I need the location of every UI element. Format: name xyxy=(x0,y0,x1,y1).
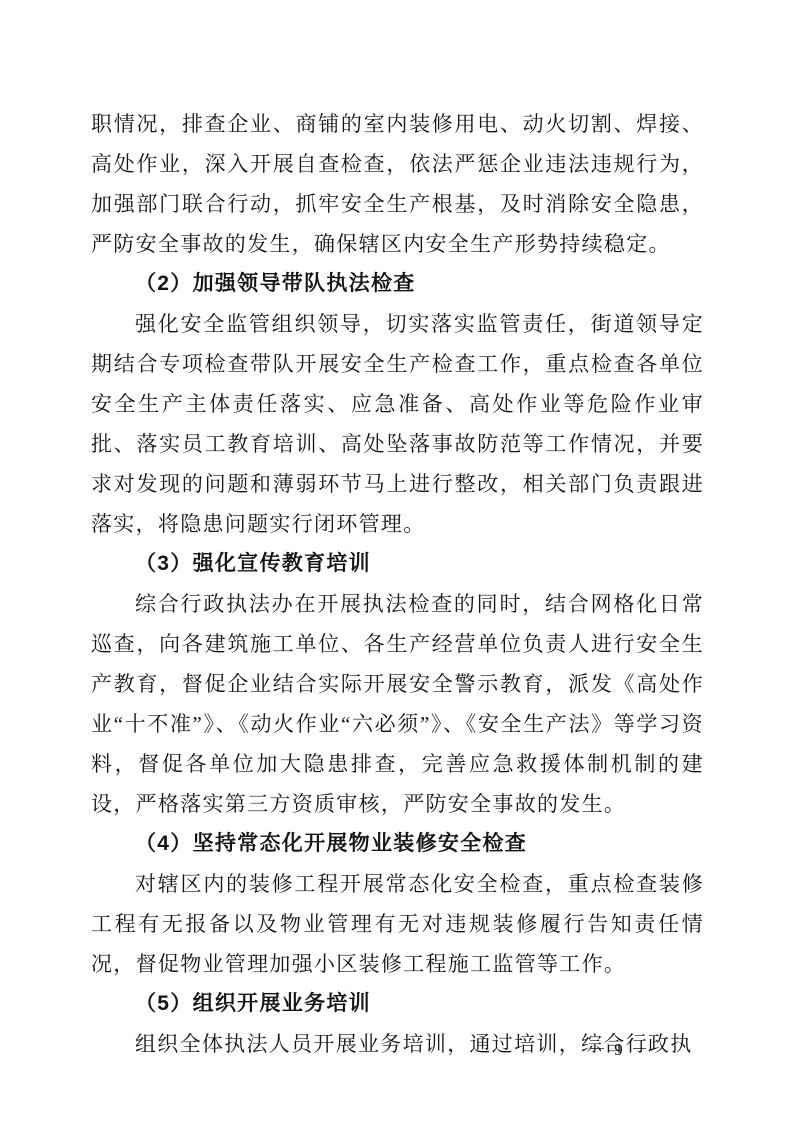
document-content: 职情况，排查企业、商铺的室内装修用电、动火切割、焊接、高处作业，深入开展自查检查… xyxy=(91,104,704,1064)
paragraph-section-3: 综合行政执法办在开展执法检查的同时，结合网格化日常巡查，向各建筑施工单位、各生产… xyxy=(91,584,704,824)
document-page: 职情况，排查企业、商铺的室内装修用电、动火切割、焊接、高处作业，深入开展自查检查… xyxy=(0,0,794,1123)
paragraph-section-2: 强化安全监管组织领导，切实落实监管责任，街道领导定期结合专项检查带队开展安全生产… xyxy=(91,304,704,544)
section-heading-2: （2）加强领导带队执法检查 xyxy=(91,264,704,304)
section-heading-3: （3）强化宣传教育培训 xyxy=(91,544,704,584)
section-heading-4: （4）坚持常态化开展物业装修安全检查 xyxy=(91,824,704,864)
section-heading-5: （5）组织开展业务培训 xyxy=(91,984,704,1024)
paragraph-section-4: 对辖区内的装修工程开展常态化安全检查，重点检查装修工程有无报备以及物业管理有无对… xyxy=(91,864,704,984)
page-number: － 9 － xyxy=(589,1040,650,1060)
paragraph-continuation: 职情况，排查企业、商铺的室内装修用电、动火切割、焊接、高处作业，深入开展自查检查… xyxy=(91,104,704,264)
